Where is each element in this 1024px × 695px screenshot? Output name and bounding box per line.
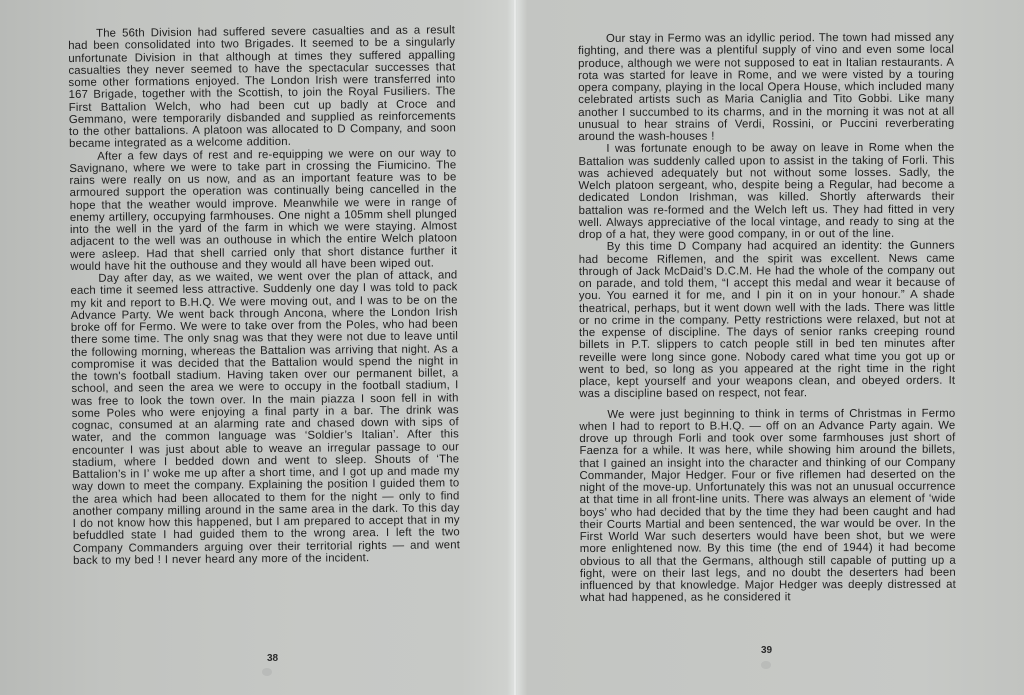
paragraph: Our stay in Fermo was an idyllic period.… [578, 32, 954, 144]
paragraph: The 56th Division had suffered severe ca… [68, 24, 456, 150]
right-page-body: Our stay in Fermo was an idyllic period.… [578, 32, 956, 605]
book-spread: The 56th Division had suffered severe ca… [0, 0, 1024, 695]
paragraph: We were just beginning to think in terms… [579, 407, 956, 604]
paragraph: By this time D Company had acquired an i… [579, 240, 956, 401]
paper-smudge [761, 661, 771, 669]
page-number: 39 [761, 645, 772, 656]
paragraph: After a few days of rest and re-equippin… [69, 147, 457, 273]
left-page: The 56th Division had suffered severe ca… [0, 0, 515, 695]
paragraph: Day after day, as we waited, we went ove… [70, 269, 460, 567]
page-number: 38 [267, 653, 278, 664]
paragraph: I was fortunate enough to be away on lea… [578, 142, 954, 241]
paper-smudge [262, 668, 272, 676]
right-page: Our stay in Fermo was an idyllic period.… [516, 0, 1024, 695]
left-page-body: The 56th Division had suffered severe ca… [68, 24, 460, 567]
